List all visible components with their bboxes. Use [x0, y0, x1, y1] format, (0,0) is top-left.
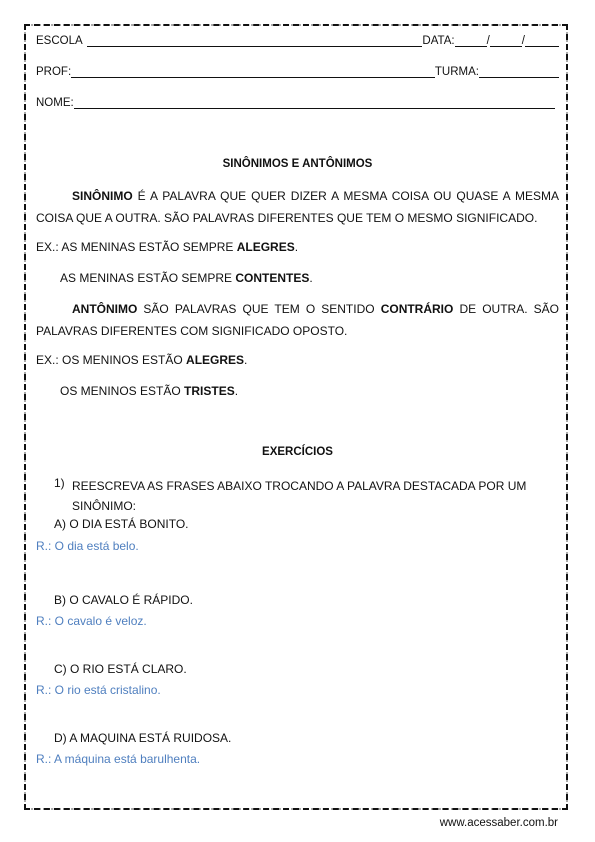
name-label: NOME:	[36, 97, 74, 109]
name-row: NOME:	[36, 96, 555, 109]
answer-c[interactable]: R.: O rio está cristalino.	[36, 683, 161, 697]
item-letter: B)	[54, 593, 66, 607]
exercises-title: EXERCÍCIOS	[0, 446, 595, 458]
example-word: TRISTES	[184, 384, 235, 398]
item-c: C) O RIO ESTÁ CLARO.	[54, 662, 187, 676]
question-text: REESCREVA AS FRASES ABAIXO TROCANDO A PA…	[72, 476, 542, 516]
antonym-definition: ANTÔNIMO SÃO PALAVRAS QUE TEM O SENTIDO …	[36, 298, 559, 342]
footer-url[interactable]: www.acessaber.com.br	[440, 817, 558, 829]
synonym-example-2: AS MENINAS ESTÃO SEMPRE CONTENTES.	[60, 267, 583, 289]
antonym-bold-word: CONTRÁRIO	[381, 302, 454, 316]
question-number: 1)	[54, 476, 65, 490]
teacher-label: PROF:	[36, 66, 71, 78]
item-b: B) O CAVALO É RÁPIDO.	[54, 593, 193, 607]
example-word: ALEGRES	[237, 240, 295, 254]
item-letter: D)	[54, 731, 67, 745]
date-day-field[interactable]	[455, 34, 487, 47]
item-sentence: A MAQUINA ESTÁ RUIDOSA.	[69, 731, 231, 745]
example-word: CONTENTES	[235, 271, 309, 285]
school-label: ESCOLA	[36, 35, 83, 47]
item-sentence: O RIO ESTÁ CLARO.	[70, 662, 187, 676]
synonym-definition: SINÔNIMO É A PALAVRA QUE QUER DIZER A ME…	[36, 185, 559, 229]
example-text: AS MENINAS ESTÃO SEMPRE	[60, 271, 235, 285]
answer-b[interactable]: R.: O cavalo é veloz.	[36, 614, 147, 628]
example-text: EX.: AS MENINAS ESTÃO SEMPRE	[36, 240, 237, 254]
item-sentence: O DIA ESTÁ BONITO.	[69, 517, 188, 531]
item-a: A) O DIA ESTÁ BONITO.	[54, 517, 188, 531]
school-row: ESCOLA DATA: / /	[36, 34, 559, 47]
teacher-field[interactable]	[71, 65, 435, 78]
synonym-example-1: EX.: AS MENINAS ESTÃO SEMPRE ALEGRES.	[36, 236, 559, 258]
example-text: OS MENINOS ESTÃO	[60, 384, 184, 398]
example-word: ALEGRES	[186, 353, 244, 367]
teacher-row: PROF: TURMA:	[36, 65, 559, 78]
antonym-term: ANTÔNIMO	[72, 302, 137, 316]
class-label: TURMA:	[435, 66, 479, 78]
antonym-example-1: EX.: OS MENINOS ESTÃO ALEGRES.	[36, 349, 559, 371]
name-field[interactable]	[74, 96, 555, 109]
answer-a[interactable]: R.: O dia está belo.	[36, 539, 139, 553]
example-text: EX.: OS MENINOS ESTÃO	[36, 353, 186, 367]
item-letter: C)	[54, 662, 67, 676]
item-d: D) A MAQUINA ESTÁ RUIDOSA.	[54, 731, 231, 745]
antonym-example-2: OS MENINOS ESTÃO TRISTES.	[60, 380, 583, 402]
item-letter: A)	[54, 517, 66, 531]
date-month-field[interactable]	[490, 34, 522, 47]
date-year-field[interactable]	[525, 34, 559, 47]
answer-d[interactable]: R.: A máquina está barulhenta.	[36, 752, 200, 766]
section-title: SINÔNIMOS E ANTÔNIMOS	[0, 158, 595, 170]
item-sentence: O CAVALO É RÁPIDO.	[69, 593, 193, 607]
school-field[interactable]	[87, 34, 423, 47]
antonym-text: SÃO PALAVRAS QUE TEM O SENTIDO	[137, 302, 380, 316]
date-label: DATA:	[422, 35, 454, 47]
class-field[interactable]	[479, 65, 559, 78]
synonym-term: SINÔNIMO	[72, 189, 133, 203]
